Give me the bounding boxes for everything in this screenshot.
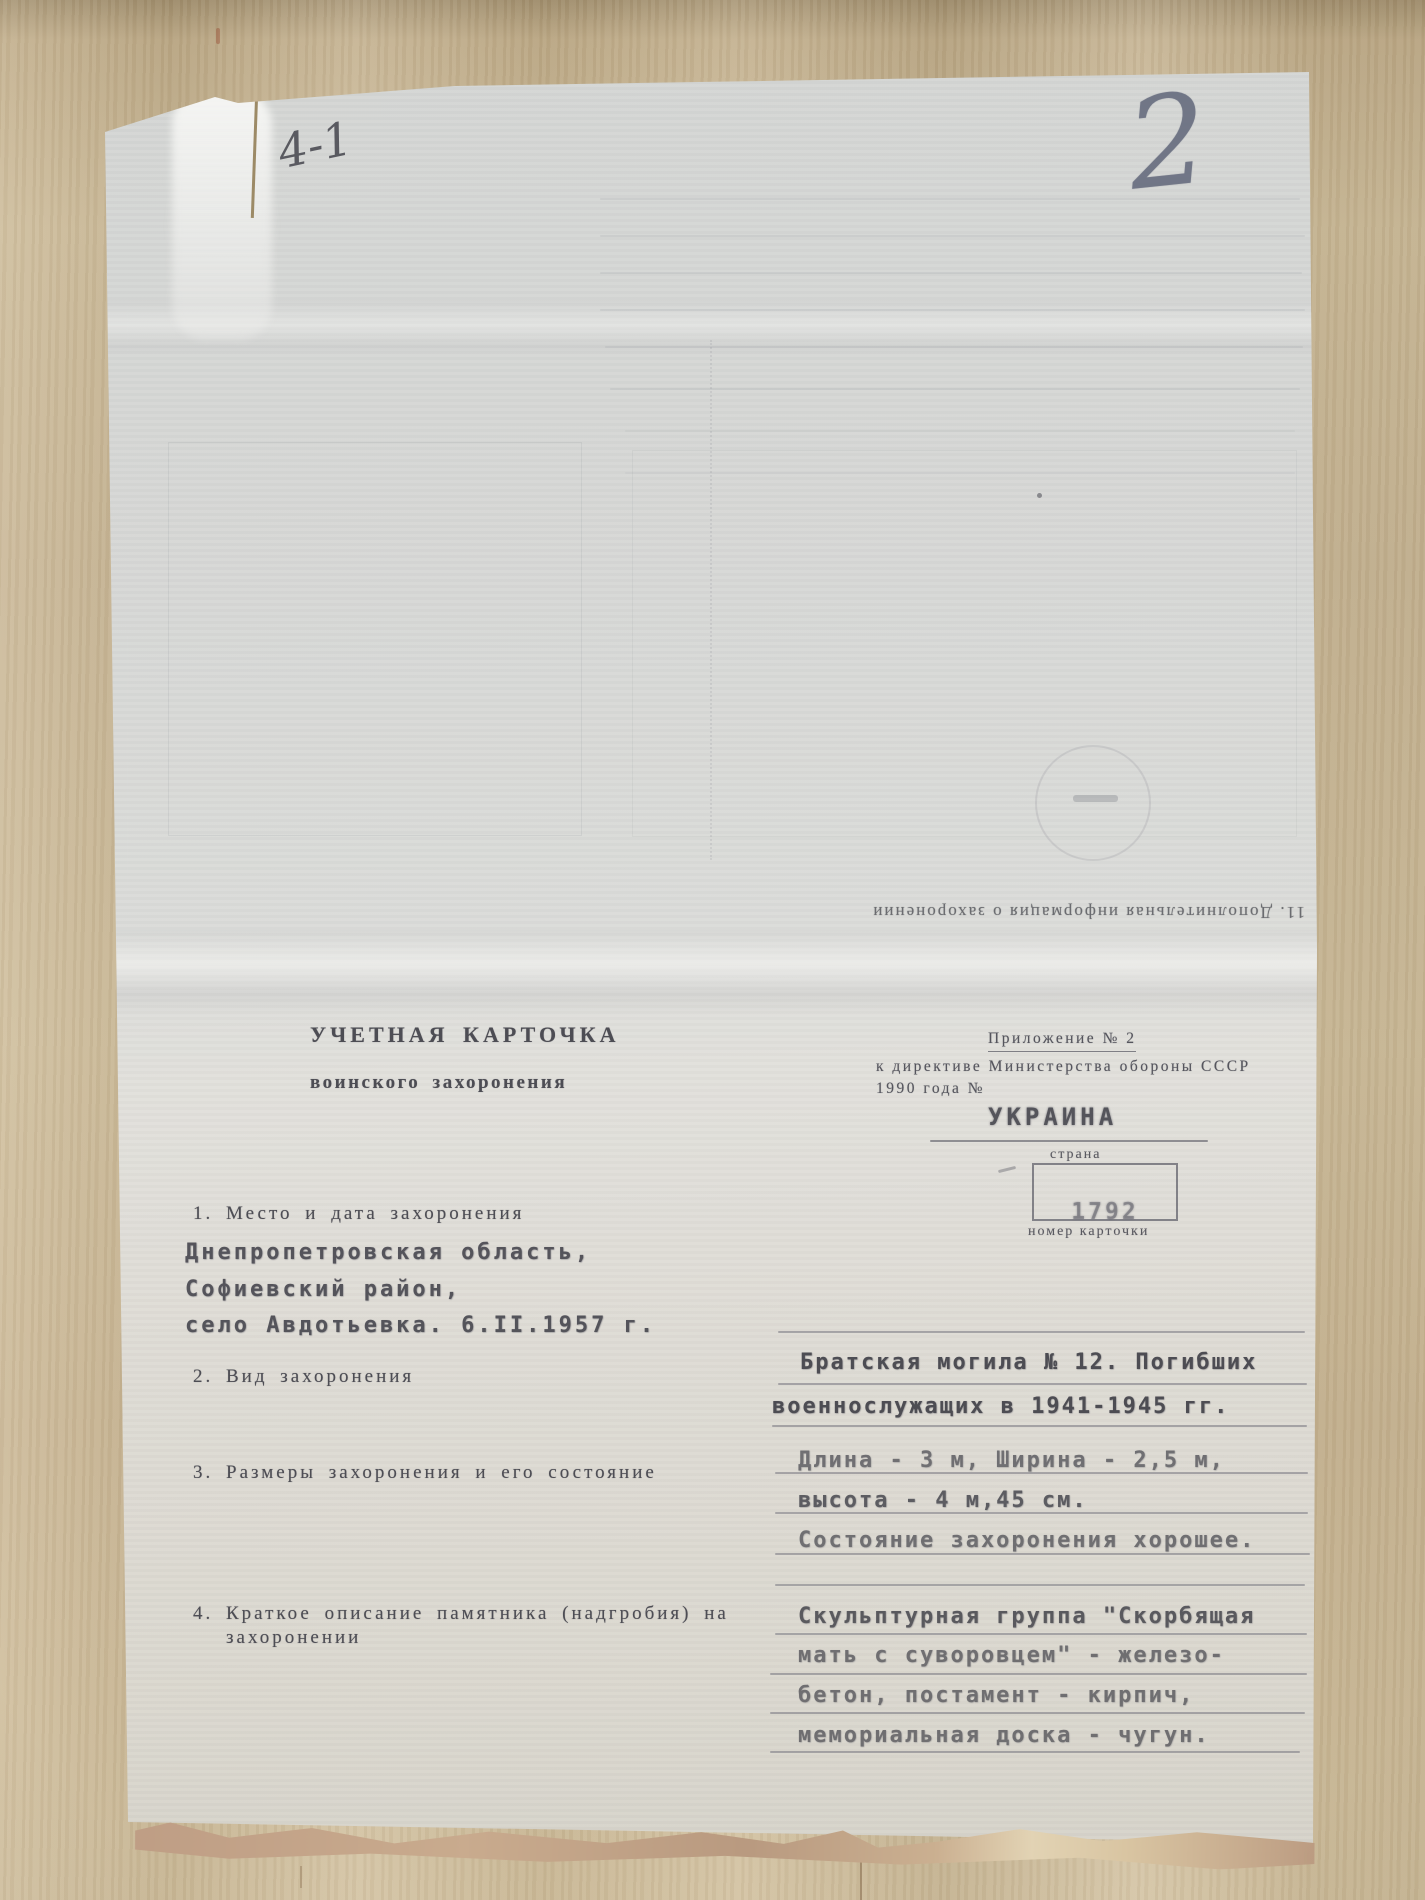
field-value-place-line1: Днепропетровская область, <box>185 1240 591 1265</box>
answer-rule <box>775 1512 1308 1514</box>
form-subtitle: воинского захоронения <box>310 1072 567 1094</box>
field-value-place-line3: село Авдотьевка. 6.II.1957 г. <box>185 1313 656 1338</box>
answer-rule <box>770 1751 1300 1753</box>
answer-rule <box>775 1584 1305 1586</box>
ink-speck <box>1037 493 1042 498</box>
photo-frame-ghost <box>632 450 1297 837</box>
field-label-monument: 4. Краткое описание памятника (надгробия… <box>193 1602 754 1650</box>
photo-of-burial-registration-card: 4-1 2 11. Дополнительная информация о за… <box>0 0 1425 1900</box>
annex-number-text: Приложение № 2 <box>988 1030 1136 1047</box>
field-label-burial-type: 2. Вид захоронения <box>193 1366 414 1388</box>
field-value-dim-line2: высота - 4 м,45 см. <box>798 1488 1088 1513</box>
show-through-line <box>600 272 1302 274</box>
show-through-line <box>600 309 1305 311</box>
field-value-monument-line1: Скульптурная группа "Скорбящая <box>798 1604 1255 1629</box>
show-through-line <box>625 430 1295 432</box>
paper-document: 4-1 2 11. Дополнительная информация о за… <box>0 0 1425 1900</box>
flipped-reverse-heading: 11. Дополнительная информация о захороне… <box>770 890 1305 922</box>
country-label: страна <box>1050 1147 1101 1163</box>
field-value-dim-line1: Длина - 3 м, Ширина - 2,5 м, <box>798 1448 1225 1473</box>
show-through-line <box>600 235 1305 237</box>
wood-speck <box>216 28 220 44</box>
form-title: УЧЕТНАЯ КАРТОЧКА <box>310 1022 620 1048</box>
field-value-type-line1: Братская могила № 12. Погибших <box>800 1350 1257 1375</box>
card-number-box: 1792 <box>1032 1163 1178 1221</box>
answer-rule <box>775 1553 1310 1555</box>
field-value-place-line2: Софиевский район, <box>185 1277 461 1302</box>
answer-rule <box>772 1425 1307 1427</box>
annex-number-line: Приложение № 2 <box>988 1030 1136 1052</box>
stamp-ghost <box>1035 745 1151 861</box>
annex-year-line: 1990 года № <box>876 1080 985 1098</box>
country-value: УКРАИНА <box>988 1103 1117 1131</box>
field-label-place-date: 1. Место и дата захоронения <box>193 1203 524 1225</box>
show-through-line <box>600 198 1300 200</box>
answer-rule <box>775 1633 1307 1635</box>
field-value-type-line2: военнослужащих в 1941-1945 гг. <box>772 1394 1229 1419</box>
answer-rule <box>775 1472 1308 1474</box>
field-value-monument-line2: мать с суворовцем" - железо- <box>798 1643 1225 1668</box>
tape-remnant <box>172 90 272 340</box>
answer-rule <box>770 1673 1307 1675</box>
card-number-label: номер карточки <box>1028 1224 1149 1240</box>
photo-frame-ghost <box>168 442 582 836</box>
field-value-dim-line3: Состояние захоронения хорошее. <box>798 1528 1255 1553</box>
stamp-ghost-dash <box>1073 795 1118 802</box>
wood-scratch <box>300 1866 302 1888</box>
center-crease-line <box>710 340 712 860</box>
answer-rule <box>770 1712 1305 1714</box>
handwritten-page-number: 2 <box>1121 66 1215 219</box>
field-value-monument-line3: бетон, постамент - кирпич, <box>798 1683 1194 1708</box>
field-label-dimensions: 3. Размеры захоронения и его состояние <box>193 1462 657 1484</box>
field-value-monument-line4: мемориальная доска - чугун. <box>798 1723 1210 1748</box>
answer-rule <box>778 1383 1307 1385</box>
country-underline <box>930 1140 1208 1142</box>
annex-directive-line: к директиве Министерства обороны СССР <box>876 1058 1251 1076</box>
card-number-value: 1792 <box>1071 1199 1138 1225</box>
answer-rule <box>778 1331 1305 1333</box>
show-through-line <box>610 388 1300 390</box>
